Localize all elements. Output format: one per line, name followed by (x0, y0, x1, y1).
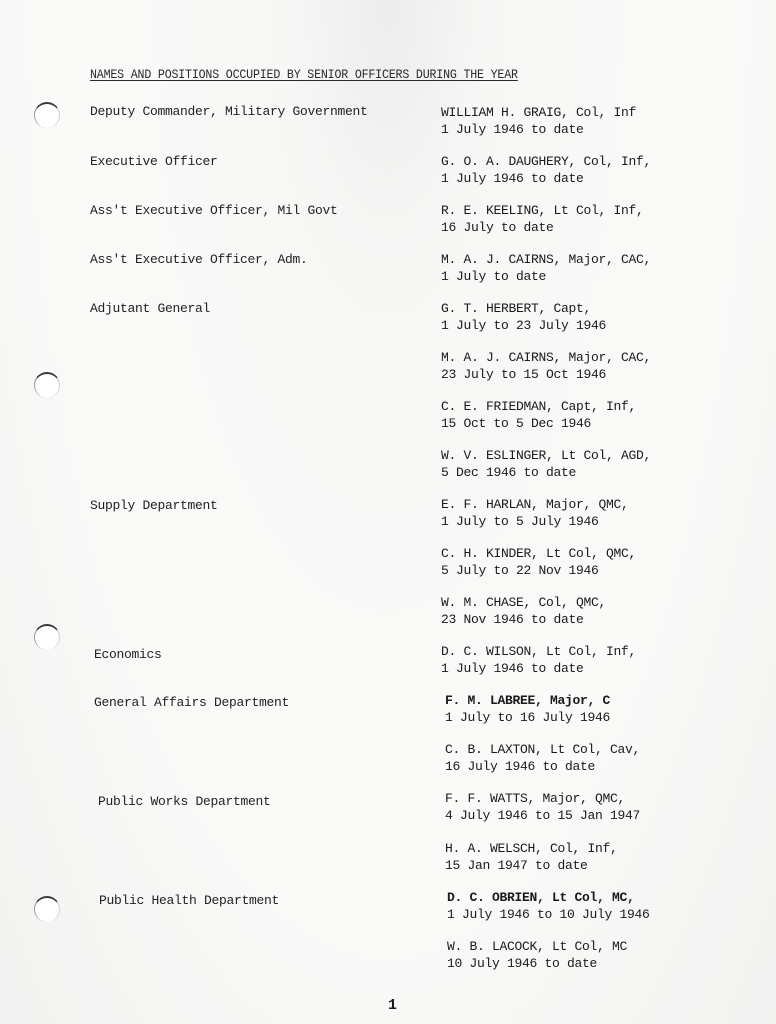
officer-entry: E. F. HARLAN, Major, QMC, 1 July to 5 Ju… (441, 496, 629, 530)
officer-term: 1 July 1946 to date (441, 660, 636, 677)
officer-term: 1 July to 5 July 1946 (441, 513, 629, 530)
officer-entry: F. F. WATTS, Major, QMC, 4 July 1946 to … (445, 790, 640, 824)
officer-name: H. A. WELSCH, Col, Inf, (445, 840, 618, 857)
officer-term: 1 July 1946 to 10 July 1946 (447, 906, 650, 923)
officer-entry: G. T. HERBERT, Capt, 1 July to 23 July 1… (441, 300, 606, 334)
officer-term: 16 July to date (441, 219, 644, 236)
position-label: Deputy Commander, Military Government (90, 104, 368, 119)
officer-name: W. V. ESLINGER, Lt Col, AGD, (441, 447, 651, 464)
position-label: Ass't Executive Officer, Adm. (90, 252, 308, 267)
officer-entry: G. O. A. DAUGHERY, Col, Inf, 1 July 1946… (441, 153, 651, 187)
punch-hole-3 (34, 624, 60, 650)
officer-term: 5 July to 22 Nov 1946 (441, 562, 636, 579)
officer-term: 23 Nov 1946 to date (441, 611, 606, 628)
officer-entry: C. B. LAXTON, Lt Col, Cav, 16 July 1946 … (445, 741, 640, 775)
officer-term: 4 July 1946 to 15 Jan 1947 (445, 807, 640, 824)
punch-hole-1 (34, 102, 60, 128)
officer-term: 15 Oct to 5 Dec 1946 (441, 415, 636, 432)
officer-name: C. E. FRIEDMAN, Capt, Inf, (441, 398, 636, 415)
officer-name: M. A. J. CAIRNS, Major, CAC, (441, 349, 651, 366)
position-label: General Affairs Department (94, 695, 289, 710)
position-label: Economics (94, 647, 162, 662)
officer-name: G. T. HERBERT, Capt, (441, 300, 606, 317)
officer-term: 1 July to 16 July 1946 (445, 709, 610, 726)
position-label: Supply Department (90, 498, 218, 513)
officer-name: F. F. WATTS, Major, QMC, (445, 790, 640, 807)
officer-entry: C. E. FRIEDMAN, Capt, Inf, 15 Oct to 5 D… (441, 398, 636, 432)
officer-name: M. A. J. CAIRNS, Major, CAC, (441, 251, 651, 268)
officer-term: 16 July 1946 to date (445, 758, 640, 775)
officer-name: D. C. OBRIEN, Lt Col, MC, (447, 889, 650, 906)
officer-term: 15 Jan 1947 to date (445, 857, 618, 874)
officer-name: W. M. CHASE, Col, QMC, (441, 594, 606, 611)
position-label: Adjutant General (90, 301, 210, 316)
officer-entry: W. B. LACOCK, Lt Col, MC 10 July 1946 to… (447, 938, 627, 972)
officer-term: 1 July 1946 to date (441, 170, 651, 187)
position-label: Public Works Department (98, 794, 271, 809)
officer-term: 5 Dec 1946 to date (441, 464, 651, 481)
officer-entry: D. C. WILSON, Lt Col, Inf, 1 July 1946 t… (441, 643, 636, 677)
officer-name: C. B. LAXTON, Lt Col, Cav, (445, 741, 640, 758)
officer-entry: W. M. CHASE, Col, QMC, 23 Nov 1946 to da… (441, 594, 606, 628)
officer-name: G. O. A. DAUGHERY, Col, Inf, (441, 153, 651, 170)
page-number: 1 (388, 997, 397, 1014)
page-title: NAMES AND POSITIONS OCCUPIED BY SENIOR O… (90, 68, 518, 82)
punch-hole-4 (34, 896, 60, 922)
officer-term: 1 July to date (441, 268, 651, 285)
officer-entry: D. C. OBRIEN, Lt Col, MC, 1 July 1946 to… (447, 889, 650, 923)
officer-name: WILLIAM H. GRAIG, Col, Inf (441, 104, 636, 121)
officer-entry: C. H. KINDER, Lt Col, QMC, 5 July to 22 … (441, 545, 636, 579)
officer-entry: M. A. J. CAIRNS, Major, CAC, 23 July to … (441, 349, 651, 383)
officer-entry: WILLIAM H. GRAIG, Col, Inf 1 July 1946 t… (441, 104, 636, 138)
officer-entry: H. A. WELSCH, Col, Inf, 15 Jan 1947 to d… (445, 840, 618, 874)
officer-entry: R. E. KEELING, Lt Col, Inf, 16 July to d… (441, 202, 644, 236)
officer-term: 1 July 1946 to date (441, 121, 636, 138)
officer-name: W. B. LACOCK, Lt Col, MC (447, 938, 627, 955)
officer-entry: M. A. J. CAIRNS, Major, CAC, 1 July to d… (441, 251, 651, 285)
officer-entry: W. V. ESLINGER, Lt Col, AGD, 5 Dec 1946 … (441, 447, 651, 481)
document-page: NAMES AND POSITIONS OCCUPIED BY SENIOR O… (0, 0, 776, 1024)
position-label: Executive Officer (90, 154, 218, 169)
officer-name: R. E. KEELING, Lt Col, Inf, (441, 202, 644, 219)
officer-term: 23 July to 15 Oct 1946 (441, 366, 651, 383)
position-label: Ass't Executive Officer, Mil Govt (90, 203, 338, 218)
officer-name: E. F. HARLAN, Major, QMC, (441, 496, 629, 513)
officer-term: 1 July to 23 July 1946 (441, 317, 606, 334)
punch-hole-2 (34, 372, 60, 398)
position-label: Public Health Department (99, 893, 279, 908)
officer-name: C. H. KINDER, Lt Col, QMC, (441, 545, 636, 562)
officer-name: F. M. LABREE, Major, C (445, 692, 610, 709)
officer-term: 10 July 1946 to date (447, 955, 627, 972)
officer-name: D. C. WILSON, Lt Col, Inf, (441, 643, 636, 660)
officer-entry: F. M. LABREE, Major, C 1 July to 16 July… (445, 692, 610, 726)
